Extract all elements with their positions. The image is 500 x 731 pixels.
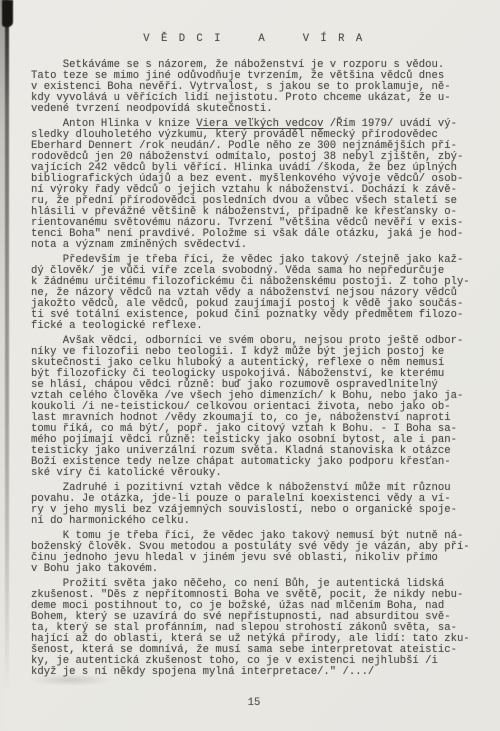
paragraph-4: Avšak vědci, odborníci ve svém oboru, ne…: [31, 336, 477, 479]
paragraph-3: Především je třeba říci, že vědec jako t…: [31, 255, 477, 332]
page-number: 15: [31, 698, 477, 709]
page-binding-line: [5, 0, 9, 690]
page-corner-mark: [2, 0, 13, 27]
paragraph-2: Anton Hlinka v knize Viera veľkých vedco…: [31, 119, 477, 251]
page-title: V Ě D C I A V Í R A: [31, 34, 477, 45]
document-page: V Ě D C I A V Í R A Setkáváme se s názor…: [31, 34, 477, 709]
paragraph-2-rest: sledky dlouholetého výzkumu, který prová…: [31, 130, 477, 251]
paragraph-5: Zadruhé i pozitivní vztah vědce k nábože…: [31, 483, 477, 527]
paragraph-1: Setkáváme se s názorem, že náboženství j…: [31, 60, 477, 115]
paragraph-7: Prožití světa jako něčeho, co není Bůh, …: [31, 579, 477, 678]
paragraph-6: K tomu je třeba říci, že vědec jako tako…: [31, 531, 477, 575]
